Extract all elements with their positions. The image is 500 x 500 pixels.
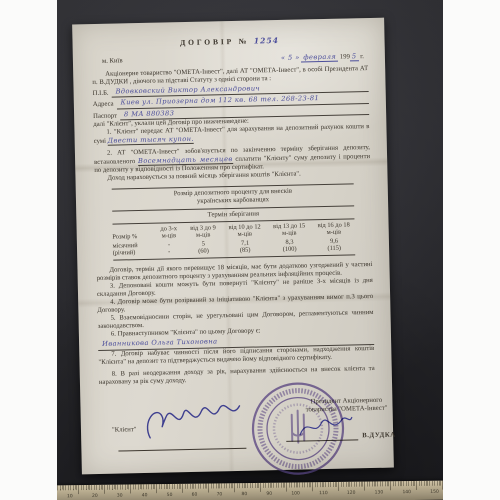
table-header-cell: до 3-х м-ців bbox=[155, 225, 183, 240]
table-header-cell: від 16 до 18 м-ців bbox=[312, 221, 355, 237]
ruler-numbers: 102030405060708090100110120130140150 bbox=[57, 481, 443, 500]
table-header-cell: від 10 до 12 м-ців bbox=[223, 223, 266, 239]
rate-table: Розмір депозитного проценту для внесків … bbox=[111, 184, 355, 261]
date-line: « 5 » февраля 1995 г. bbox=[281, 52, 364, 63]
contract-number-handwritten: 1254 bbox=[254, 36, 279, 46]
client-signature bbox=[139, 396, 244, 448]
deposit-sum-handwritten: Двести тысяч купон. bbox=[107, 135, 194, 146]
table-value-cell: 7,1 (85) bbox=[224, 239, 267, 255]
table-header-cell: від 13 до 15 м-ців bbox=[268, 222, 311, 238]
ruler: 102030405060708090100110120130140150 bbox=[57, 481, 443, 500]
photo-background: ДОГОВІР № 1254 м. Київ « 5 » февраля 199… bbox=[57, 0, 443, 500]
field-value-passport-handwritten: 8 МА 880383 bbox=[124, 109, 175, 118]
field-label-name: П.І.Б. bbox=[93, 90, 109, 98]
table-value-cell: 8,3 (100) bbox=[268, 238, 311, 254]
field-label-passport: Паспорт bbox=[93, 112, 117, 121]
date-day-handwritten: « 5 » bbox=[281, 54, 300, 62]
title-label: ДОГОВІР № bbox=[180, 37, 249, 48]
signature-area: "Клієнт" Президент Акціонерного товарист… bbox=[99, 387, 377, 477]
table-value-cell: 5 (60) bbox=[185, 240, 222, 256]
president-name: В.ДУДКА bbox=[362, 431, 396, 440]
table-header-cell: Розмір % bbox=[112, 233, 153, 241]
contract-paper: ДОГОВІР № 1254 м. Київ « 5 » февраля 199… bbox=[72, 18, 394, 475]
place-date-row: м. Київ « 5 » февраля 1995 г. bbox=[92, 52, 368, 67]
successor-name-handwritten: Иванникова Ольга Тихоновна bbox=[102, 338, 218, 349]
field-label-address: Адреса bbox=[93, 101, 114, 110]
date-year-printed: 199 bbox=[340, 53, 350, 60]
date-month-handwritten: февраля bbox=[301, 53, 338, 63]
date-era: г. bbox=[360, 53, 364, 60]
table-value-cell: - - bbox=[155, 241, 183, 256]
document-title: ДОГОВІР № 1254 bbox=[91, 35, 367, 49]
date-year-handwritten: 5 bbox=[350, 52, 359, 61]
client-label: "Клієнт" bbox=[112, 426, 137, 435]
client-signature-line bbox=[118, 448, 246, 452]
round-stamp-icon bbox=[249, 380, 347, 478]
table-value-cell: 9,6 (115) bbox=[313, 237, 356, 253]
place-label: м. Київ bbox=[102, 57, 123, 67]
table-header-cell: від 3 до 9 м-ців bbox=[185, 224, 222, 240]
table-row-label: місячний (річний) bbox=[112, 242, 153, 258]
